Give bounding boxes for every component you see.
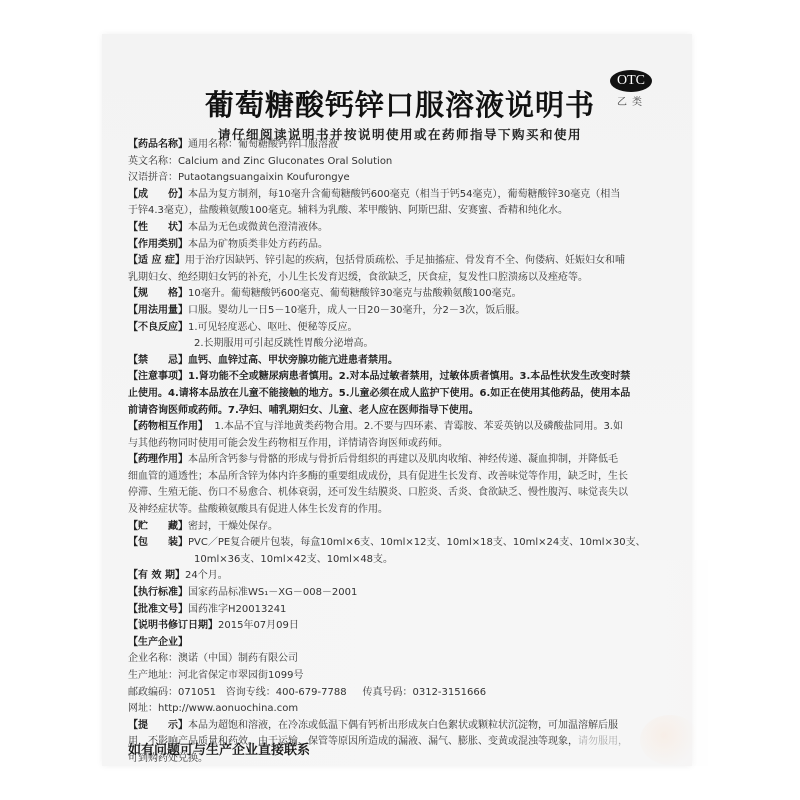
section-description: 【性 状】本品为无色或微黄色澄清液体。 (128, 220, 690, 237)
section-label: 【药物相互作用】 (128, 421, 208, 432)
company-contacts: 邮政编码：071051 咨询专线：400-679-7788 传真号码：0312-… (128, 685, 690, 702)
section-text: 乳期妇女、绝经期妇女钙的补充，小儿生长发育迟缓，食欲缺乏，厌食症，复发性口腔溃疡… (128, 270, 690, 287)
section-text: 用于治疗因缺钙、锌引起的疾病，包括骨质疏松、手足抽搐症、骨发育不全、佝偻病、妊娠… (185, 255, 625, 266)
section-text: 细血管的通透性；本品所含锌为体内许多酶的重要组成成份，具有促进生长发育、改善味觉… (128, 469, 690, 486)
footer-contact-note: 如有问题可与生产企业直接联系 (128, 739, 310, 758)
section-text: 密封，干燥处保存。 (188, 521, 278, 532)
section-shelf-life: 【有 效 期】24个月。 (128, 568, 690, 585)
section-text: 止使用。4.请将本品放在儿童不能接触的地方。5.儿童必须在成人监护下使用。6.如… (128, 386, 690, 403)
generic-name: 通用名称：葡萄糖酸钙锌口服溶液 (188, 139, 338, 150)
section-label: 【注意事项】 (128, 371, 188, 382)
section-interactions: 【药物相互作用】 1.本品不宜与洋地黄类药物合用。2.不要与四环素、青霉胺、苯妥… (128, 419, 690, 436)
section-text: 本品为矿物质类非处方药药品。 (188, 239, 328, 250)
section-label: 【贮 藏】 (128, 521, 188, 532)
section-adverse-reactions: 【不良反应】1.可见轻度恶心、呕吐、便秘等反应。 (128, 320, 690, 337)
section-text: 血钙、血锌过高、甲状旁腺功能亢进患者禁用。 (188, 355, 398, 366)
section-label: 【提 示】 (128, 720, 188, 731)
company-website: 网址：http://www.aonuochina.com (128, 701, 690, 718)
section-text: 1.可见轻度恶心、呕吐、便秘等反应。 (188, 322, 358, 333)
section-specification: 【规 格】10毫升。葡萄糖酸钙600毫克、葡萄糖酸锌30毫克与盐酸赖氨酸100毫… (128, 286, 690, 303)
section-category: 【作用类别】本品为矿物质类非处方药药品。 (128, 237, 690, 254)
section-manufacturer: 【生产企业】 (128, 635, 690, 652)
section-label: 【适 应 症】 (128, 255, 185, 266)
section-label: 【禁 忌】 (128, 355, 188, 366)
section-label: 【用法用量】 (128, 305, 188, 316)
section-precautions: 【注意事项】1.肾功能不全或糖尿病患者慎用。2.对本品过敏者禁用，过敏体质者慎用… (128, 369, 690, 386)
document-title: 葡萄糖酸钙锌口服溶液说明书 (0, 83, 800, 124)
hotline: 咨询专线：400-679-7788 (226, 687, 347, 698)
section-text: 1.本品不宜与洋地黄类药物合用。2.不要与四环素、青霉胺、苯妥英钠以及磷酸盐同用… (214, 421, 623, 432)
section-text: 10ml×36支、10ml×42支、10ml×48支。 (128, 552, 690, 569)
section-label: 【包 装】 (128, 537, 188, 548)
section-label: 【执行标准】 (128, 587, 188, 598)
section-label: 【生产企业】 (128, 637, 188, 648)
insert-body: 【药品名称】通用名称：葡萄糖酸钙锌口服溶液 英文名称：Calcium and Z… (128, 137, 690, 768)
company-name: 企业名称：澳诺（中国）制药有限公司 (128, 651, 690, 668)
section-standard: 【执行标准】国家药品标准WS₁－XG－008－2001 (128, 585, 690, 602)
fax-number: 传真号码：0312-3151666 (362, 687, 486, 698)
section-label: 【作用类别】 (128, 239, 188, 250)
section-label: 【不良反应】 (128, 322, 188, 333)
section-label: 【规 格】 (128, 288, 188, 299)
section-text: 与其他药物同时使用可能会发生药物相互作用，详情请咨询医师或药师。 (128, 436, 690, 453)
section-text: 国药准字H20013241 (188, 604, 286, 615)
section-label: 【性 状】 (128, 222, 188, 233)
section-indications: 【适 应 症】用于治疗因缺钙、锌引起的疾病，包括骨质疏松、手足抽搐症、骨发育不全… (128, 253, 690, 270)
section-dosage: 【用法用量】口服。婴幼儿一日5－10毫升，成人一日20－30毫升，分2－3次，饭… (128, 303, 690, 320)
section-text: PVC／PE复合硬片包装，每盒10ml×6支、10ml×12支、10ml×18支… (188, 537, 646, 548)
section-text: 2015年07月09日 (218, 620, 299, 631)
section-label: 【药品名称】 (128, 139, 188, 150)
section-label: 【批准文号】 (128, 604, 188, 615)
section-text: 本品为复方制剂，每10毫升含葡萄糖酸钙600毫克（相当于钙54毫克），葡萄糖酸锌… (188, 189, 620, 200)
section-revision-date: 【说明书修订日期】2015年07月09日 (128, 618, 690, 635)
postal-code: 邮政编码：071051 (128, 687, 216, 698)
section-pharmacology: 【药理作用】本品所含钙参与骨骼的形成与骨折后骨组织的再建以及肌肉收缩、神经传递、… (128, 452, 690, 469)
section-contraindications: 【禁 忌】血钙、血锌过高、甲状旁腺功能亢进患者禁用。 (128, 353, 690, 370)
section-text: 本品为超饱和溶液，在冷冻或低温下偶有钙析出形成灰白色絮状或颗粒状沉淀物，可加温溶… (188, 720, 618, 731)
section-text: 2.长期服用可引起反跳性胃酸分泌增高。 (128, 336, 690, 353)
section-label: 【说明书修订日期】 (128, 620, 218, 631)
section-text: 及神经症状等。盐酸赖氨酸具有促进人体生长发育的作用。 (128, 502, 690, 519)
section-notice: 【提 示】本品为超饱和溶液，在冷冻或低温下偶有钙析出形成灰白色絮状或颗粒状沉淀物… (128, 718, 690, 735)
section-text: 于锌4.3毫克），盐酸赖氨酸100毫克。辅料为乳酸、苯甲酸钠、阿斯巴甜、安赛蜜、… (128, 203, 690, 220)
section-approval: 【批准文号】国药准字H20013241 (128, 602, 690, 619)
section-text: 口服。婴幼儿一日5－10毫升，成人一日20－30毫升，分2－3次，饭后服。 (188, 305, 525, 316)
section-label: 【药理作用】 (128, 454, 188, 465)
section-label: 【成 份】 (128, 189, 188, 200)
section-text-faded: 请勿服用， (578, 736, 628, 747)
company-address: 生产地址：河北省保定市翠园街1099号 (128, 668, 690, 685)
section-composition: 【成 份】本品为复方制剂，每10毫升含葡萄糖酸钙600毫克（相当于钙54毫克），… (128, 187, 690, 204)
section-text: 本品为无色或微黄色澄清液体。 (188, 222, 328, 233)
section-storage: 【贮 藏】密封，干燥处保存。 (128, 519, 690, 536)
section-text: 24个月。 (185, 570, 228, 581)
section-drug-name: 【药品名称】通用名称：葡萄糖酸钙锌口服溶液 (128, 137, 690, 154)
english-name: 英文名称：Calcium and Zinc Gluconates Oral So… (128, 154, 690, 171)
section-text: 10毫升。葡萄糖酸钙600毫克、葡萄糖酸锌30毫克与盐酸赖氨酸100毫克。 (188, 288, 522, 299)
section-text: 前请咨询医师或药师。7.孕妇、哺乳期妇女、儿童、老人应在医师指导下使用。 (128, 403, 690, 420)
section-packaging: 【包 装】PVC／PE复合硬片包装，每盒10ml×6支、10ml×12支、10m… (128, 535, 690, 552)
section-text: 停滞、生殖无能、伤口不易愈合、机体衰弱，还可发生结膜炎、口腔炎、舌炎、食欲缺乏、… (128, 485, 690, 502)
section-text: 国家药品标准WS₁－XG－008－2001 (188, 587, 357, 598)
pinyin-name: 汉语拼音：Putaotangsuangaixin Koufurongye (128, 170, 690, 187)
section-text: 1.肾功能不全或糖尿病患者慎用。2.对本品过敏者禁用，过敏体质者慎用。3.本品性… (188, 371, 630, 382)
section-text: 本品所含钙参与骨骼的形成与骨折后骨组织的再建以及肌肉收缩、神经传递、凝血抑制，并… (188, 454, 618, 465)
section-label: 【有 效 期】 (128, 570, 185, 581)
